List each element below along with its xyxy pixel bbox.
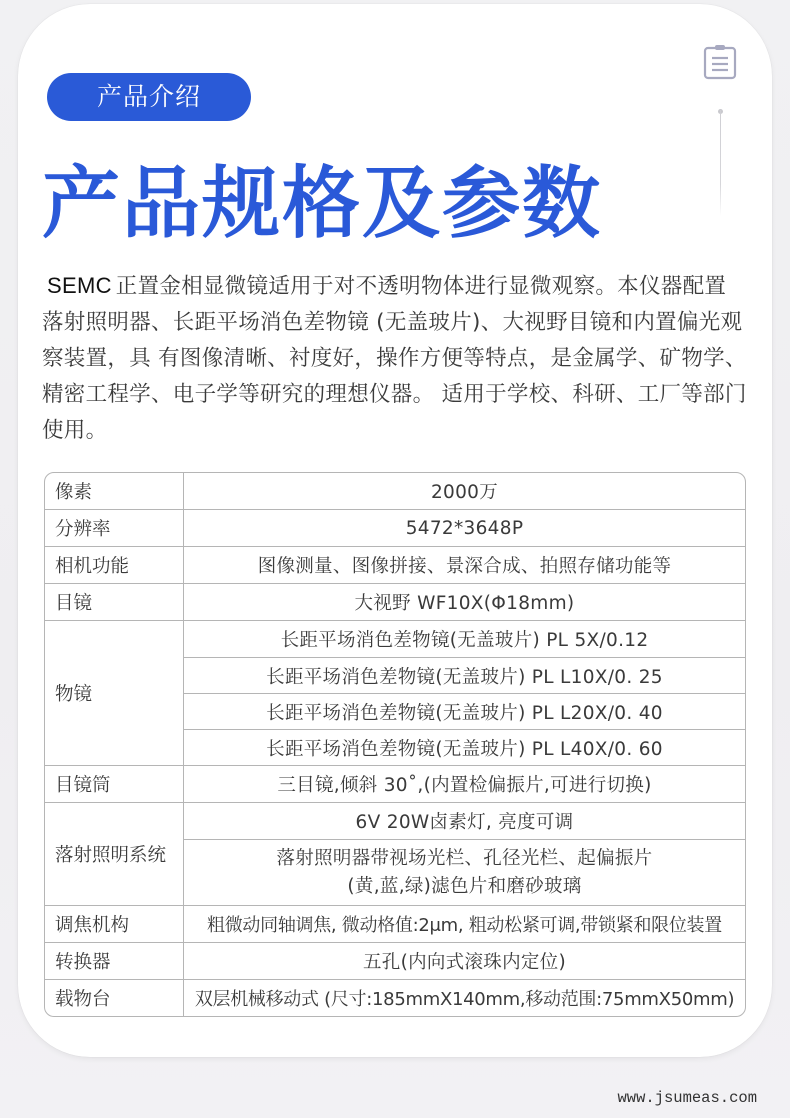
spec-row-eyepiece-tube: 目镜筒 三目镜,倾斜 30˚,(内置检偏振片,可进行切换) bbox=[45, 765, 745, 802]
spec-row-pixels: 像素 2000万 bbox=[45, 473, 745, 509]
spec-row-stage: 载物台 双层机械移动式 (尺寸:185mmX140mm,移动范围:75mmX50… bbox=[45, 979, 745, 1016]
spec-value: 五孔(内向式滚珠内定位) bbox=[184, 943, 745, 979]
spec-value-line: 落射照明器带视场光栏、孔径光栏、起偏振片 bbox=[276, 845, 652, 873]
spec-label: 目镜筒 bbox=[45, 766, 184, 802]
spec-label: 物镜 bbox=[45, 621, 184, 765]
section-badge: 产品介绍 bbox=[47, 73, 251, 121]
spec-row-focusing: 调焦机构 粗微动同轴调焦, 微动格值:2μm, 粗动松紧可调,带锁紧和限位装置 bbox=[45, 905, 745, 942]
spec-row-illumination: 落射照明系统 6V 20W卤素灯, 亮度可调 落射照明器带视场光栏、孔径光栏、起… bbox=[45, 802, 745, 905]
spec-value-line: (黄,蓝,绿)滤色片和磨砂玻璃 bbox=[347, 873, 581, 901]
spec-value: 大视野 WF10X(Φ18mm) bbox=[184, 584, 745, 620]
spec-row-camera-functions: 相机功能 图像测量、图像拼接、景深合成、拍照存储功能等 bbox=[45, 546, 745, 583]
spec-label: 落射照明系统 bbox=[45, 803, 184, 905]
spec-value-multiline: 落射照明器带视场光栏、孔径光栏、起偏振片 (黄,蓝,绿)滤色片和磨砂玻璃 bbox=[184, 839, 745, 905]
spec-value: 长距平场消色差物镜(无盖玻片) PL L10X/0. 25 bbox=[184, 657, 745, 693]
clipboard-icon bbox=[703, 44, 737, 80]
spec-label: 相机功能 bbox=[45, 547, 184, 583]
spec-value: 双层机械移动式 (尺寸:185mmX140mm,移动范围:75mmX50mm) bbox=[184, 980, 745, 1016]
spec-value: 图像测量、图像拼接、景深合成、拍照存储功能等 bbox=[184, 547, 745, 583]
spec-value: 长距平场消色差物镜(无盖玻片) PL 5X/0.12 bbox=[184, 621, 745, 657]
spec-value: 粗微动同轴调焦, 微动格值:2μm, 粗动松紧可调,带锁紧和限位装置 bbox=[184, 906, 745, 942]
spec-label: 调焦机构 bbox=[45, 906, 184, 942]
spec-row-eyepiece: 目镜 大视野 WF10X(Φ18mm) bbox=[45, 583, 745, 620]
spec-row-objective: 物镜 长距平场消色差物镜(无盖玻片) PL 5X/0.12 长距平场消色差物镜(… bbox=[45, 620, 745, 765]
spec-value: 长距平场消色差物镜(无盖玻片) PL L20X/0. 40 bbox=[184, 693, 745, 729]
spec-value: 长距平场消色差物镜(无盖玻片) PL L40X/0. 60 bbox=[184, 729, 745, 765]
spec-label: 分辨率 bbox=[45, 510, 184, 546]
timeline-line bbox=[720, 110, 721, 216]
site-watermark: www.jsumeas.com bbox=[617, 1089, 757, 1107]
spec-value: 2000万 bbox=[184, 473, 745, 509]
spec-label: 像素 bbox=[45, 473, 184, 509]
brand-name: SEMC bbox=[47, 273, 112, 298]
spec-label: 目镜 bbox=[45, 584, 184, 620]
product-description: SEMC正置金相显微镜适用于对不透明物体进行显微观察。本仪器配置落射照明器、长距… bbox=[42, 268, 747, 449]
spec-value: 三目镜,倾斜 30˚,(内置检偏振片,可进行切换) bbox=[184, 766, 745, 802]
spec-table: 像素 2000万 分辨率 5472*3648P 相机功能 图像测量、图像拼接、景… bbox=[44, 472, 746, 1017]
spec-row-nosepiece: 转换器 五孔(内向式滚珠内定位) bbox=[45, 942, 745, 979]
spec-value: 6V 20W卤素灯, 亮度可调 bbox=[184, 803, 745, 839]
spec-value: 5472*3648P bbox=[184, 510, 745, 546]
page-title: 产品规格及参数 bbox=[42, 158, 602, 250]
spec-row-resolution: 分辨率 5472*3648P bbox=[45, 509, 745, 546]
spec-label: 载物台 bbox=[45, 980, 184, 1016]
description-text: 正置金相显微镜适用于对不透明物体进行显微观察。本仪器配置落射照明器、长距平场消色… bbox=[42, 274, 747, 443]
spec-label: 转换器 bbox=[45, 943, 184, 979]
